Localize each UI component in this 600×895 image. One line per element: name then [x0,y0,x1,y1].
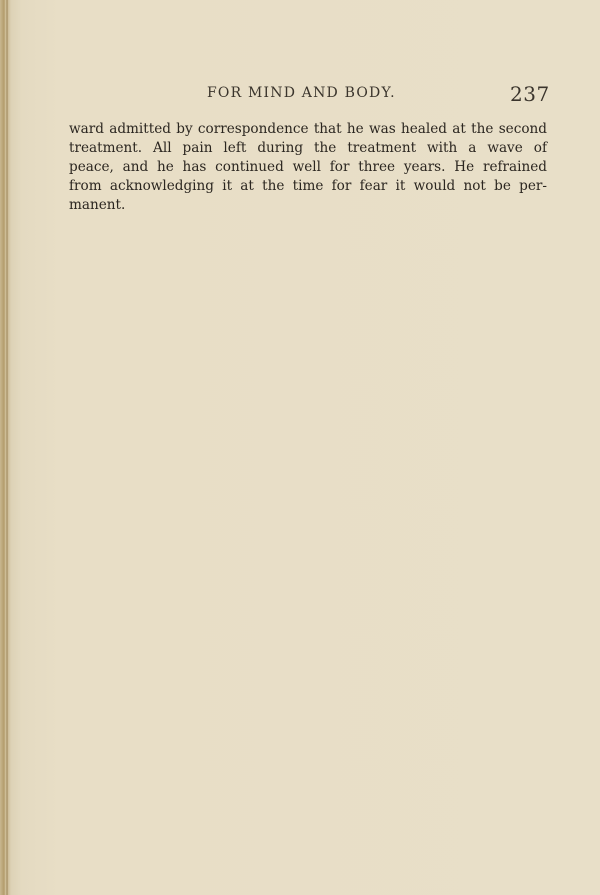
text-line: from acknowledging it at the time for fe… [69,177,547,196]
text-line: manent. [69,196,547,215]
running-head: FOR MIND AND BODY. [207,85,396,101]
book-page: FOR MIND AND BODY. 237 ward admitted by … [0,0,600,895]
text-line: treatment. All pain left during the trea… [69,139,547,158]
page-header: FOR MIND AND BODY. 237 [0,84,600,108]
text-line: ward admitted by correspondence that he … [69,120,547,139]
binding-gutter [6,0,8,895]
body-paragraph: ward admitted by correspondence that he … [69,120,547,215]
page-number: 237 [510,82,550,106]
text-line: peace, and he has continued well for thr… [69,158,547,177]
